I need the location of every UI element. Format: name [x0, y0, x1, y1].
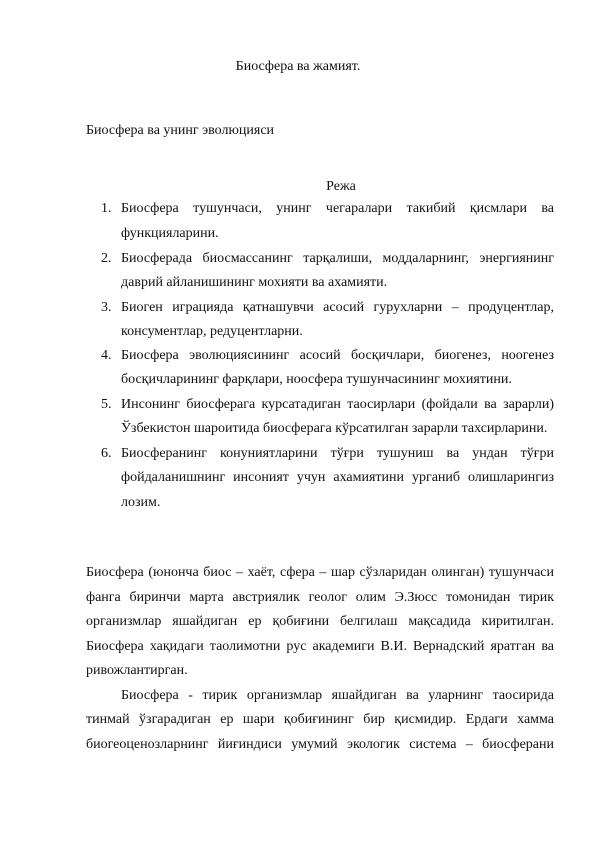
- paragraph-line: биогеоценозларнинг йиғиндиси умумий экол…: [86, 736, 554, 754]
- document-page: Биосфера ва жамият. Биосфера ва унинг эв…: [0, 0, 596, 842]
- plan-item-number: 1.: [101, 200, 112, 218]
- plan-item-line: фойдаланишнинг инсоният учун ахамиятини …: [121, 469, 554, 487]
- plan-item-number: 2.: [101, 250, 112, 268]
- paragraph-line: Биосфера хақидаги таолимотни рус академи…: [86, 638, 554, 656]
- plan-item-line: Биосфера эволюциясининг асосий босқичлар…: [121, 347, 554, 365]
- paragraph-line: Биосфера - тирик организмлар яшайдиган в…: [121, 687, 554, 705]
- section-heading: Биосфера ва унинг эволюцияси: [86, 122, 274, 140]
- paragraph-line: ривожлантирган.: [86, 662, 188, 680]
- plan-item-line: Биосфера тушунчаси, унинг чегаралари так…: [121, 200, 554, 218]
- plan-item-line: Ўзбекистон шароитида биосферага кўрсатил…: [121, 420, 547, 438]
- plan-item-number: 3.: [101, 299, 112, 317]
- paragraph-line: организмлар яшайдиган ер қобиғини белгил…: [86, 613, 554, 631]
- document-title: Биосфера ва жамият.: [0, 58, 596, 76]
- plan-item-line: Биосферада биосмассанинг тарқалиши, модд…: [121, 250, 554, 268]
- plan-item-number: 4.: [101, 347, 112, 365]
- paragraph-line: Биосфера (юнонча биос – хаёт, сфера – ша…: [86, 564, 554, 582]
- plan-item-line: Инсонинг биосферага курсатадиган таосирл…: [121, 396, 554, 414]
- plan-item-line: функцияларини.: [121, 225, 219, 243]
- plan-item-line: лозим.: [121, 494, 160, 512]
- plan-item-line: босқичларининг фарқлари, ноосфера тушунч…: [121, 371, 512, 389]
- plan-item-line: Биоген играцияда қатнашувчи асосий гурух…: [121, 299, 554, 317]
- plan-item-number: 5.: [101, 396, 112, 414]
- plan-item-number: 6.: [101, 445, 112, 463]
- paragraph-line: фанга биринчи марта австриялик геолог ол…: [86, 589, 554, 607]
- paragraph-line: тинмай ўзгарадиган ер шари қобиғининг би…: [86, 711, 554, 729]
- plan-heading: Режа: [311, 178, 371, 196]
- plan-item-line: Биосферанинг конуниятларини тўғри тушуни…: [121, 445, 554, 463]
- plan-item-line: консументлар, редуцентларни.: [121, 323, 303, 341]
- plan-item-line: даврий айланишининг мохияти ва ахамияти.: [121, 274, 387, 292]
